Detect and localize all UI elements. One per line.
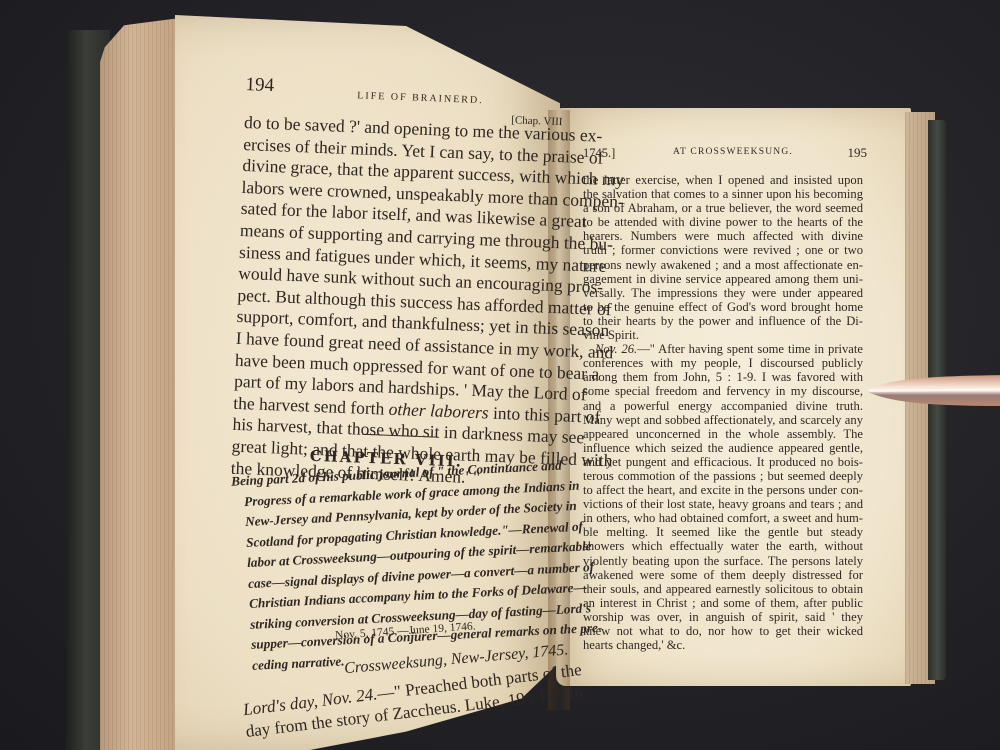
text-line: conferences with my people, I discoursed… <box>583 356 863 370</box>
running-head-right: 1745.] AT CROSSWEEKSUNG. 195 <box>583 145 863 165</box>
book-photo: 194 LIFE OF BRAINERD. [Chap. VIII do to … <box>0 0 1000 750</box>
text-line: to affect the heart, and excite in the p… <box>583 483 863 497</box>
text-line: the salvation that comes to a sinner upo… <box>583 187 863 201</box>
text-line: violently beating upon the surface. The … <box>583 554 863 568</box>
text-line: hearts changed,' &c. <box>583 638 863 652</box>
text-line: and yet pungent and efficacious. It prod… <box>583 455 863 469</box>
text-line: showers which effectually water the eart… <box>583 539 863 553</box>
text-line: persons newly awakened ; and a most affe… <box>583 258 863 272</box>
text-line: their souls, and appeared earnestly soli… <box>583 582 863 596</box>
text-line: Many wept and sobbed affectionately, and… <box>583 413 863 427</box>
text-line: in others, who had obtained comfort, a s… <box>583 511 863 525</box>
text-line: some special freedom and fervency in my … <box>583 384 863 398</box>
text-line: awakened were some of them deeply distre… <box>583 568 863 582</box>
text-line: and a powerful energy accompanied divine… <box>583 399 863 413</box>
left-body-text: do to be saved ?' and opening to me the … <box>230 112 554 491</box>
paragraph-start: Nov. 26.—" After having spent some time … <box>583 342 863 356</box>
text-line: —" After having spent some time in priva… <box>637 342 863 356</box>
text-line: the latter exercise, when I opened and i… <box>583 173 863 187</box>
chapter-summary: Being part 2d of his public journal of "… <box>231 457 541 676</box>
text-line: vine Spirit. <box>583 328 863 342</box>
text-line: terous commotion of the passions ; but s… <box>583 469 863 483</box>
text-line: among them from John, 5 : 1-9. I was fav… <box>583 370 863 384</box>
text-line: gagement in divine service appeared amon… <box>583 272 863 286</box>
running-head-title: AT CROSSWEEKSUNG. <box>673 147 793 157</box>
page-number-right: 195 <box>848 145 868 161</box>
text-line: influence which seized the audience appe… <box>583 441 863 455</box>
text-line: knew not what to do, nor how to get thei… <box>583 624 863 638</box>
text-line: to be attended with divine power to the … <box>583 215 863 229</box>
text-line: truth ; former convictions were revived … <box>583 243 863 257</box>
entry-date-label: Nov. 26. <box>595 342 637 356</box>
text-line: worship was over, in anguish of spirit, … <box>583 610 863 624</box>
text-line: victions of their lost state, heavy groa… <box>583 497 863 511</box>
page-stack-left <box>100 18 180 750</box>
emphasis-text: other laborers <box>388 398 489 422</box>
text-line: a son of Abraham, or a true believer, th… <box>583 201 863 215</box>
text-line: versally. The impressions they were unde… <box>583 286 863 300</box>
right-body-text: the latter exercise, when I opened and i… <box>583 173 863 652</box>
year-ref: 1745.] <box>583 146 615 161</box>
right-page-text: 1745.] AT CROSSWEEKSUNG. 195 the latter … <box>583 145 863 652</box>
text-line: hearers. Numbers were much affected with… <box>583 229 863 243</box>
text-line: to be the genuine effect of God's word b… <box>583 300 863 314</box>
text-line: ble melting. It seemed like the gentle b… <box>583 525 863 539</box>
letter-opener-icon <box>866 372 1000 410</box>
text-line: an interest in Christ ; and some of them… <box>583 596 863 610</box>
page-number-left: 194 <box>245 74 274 97</box>
text-line: to their hearts by the power and influen… <box>583 314 863 328</box>
text-line: appeared unconcerned in the whole assemb… <box>583 427 863 441</box>
